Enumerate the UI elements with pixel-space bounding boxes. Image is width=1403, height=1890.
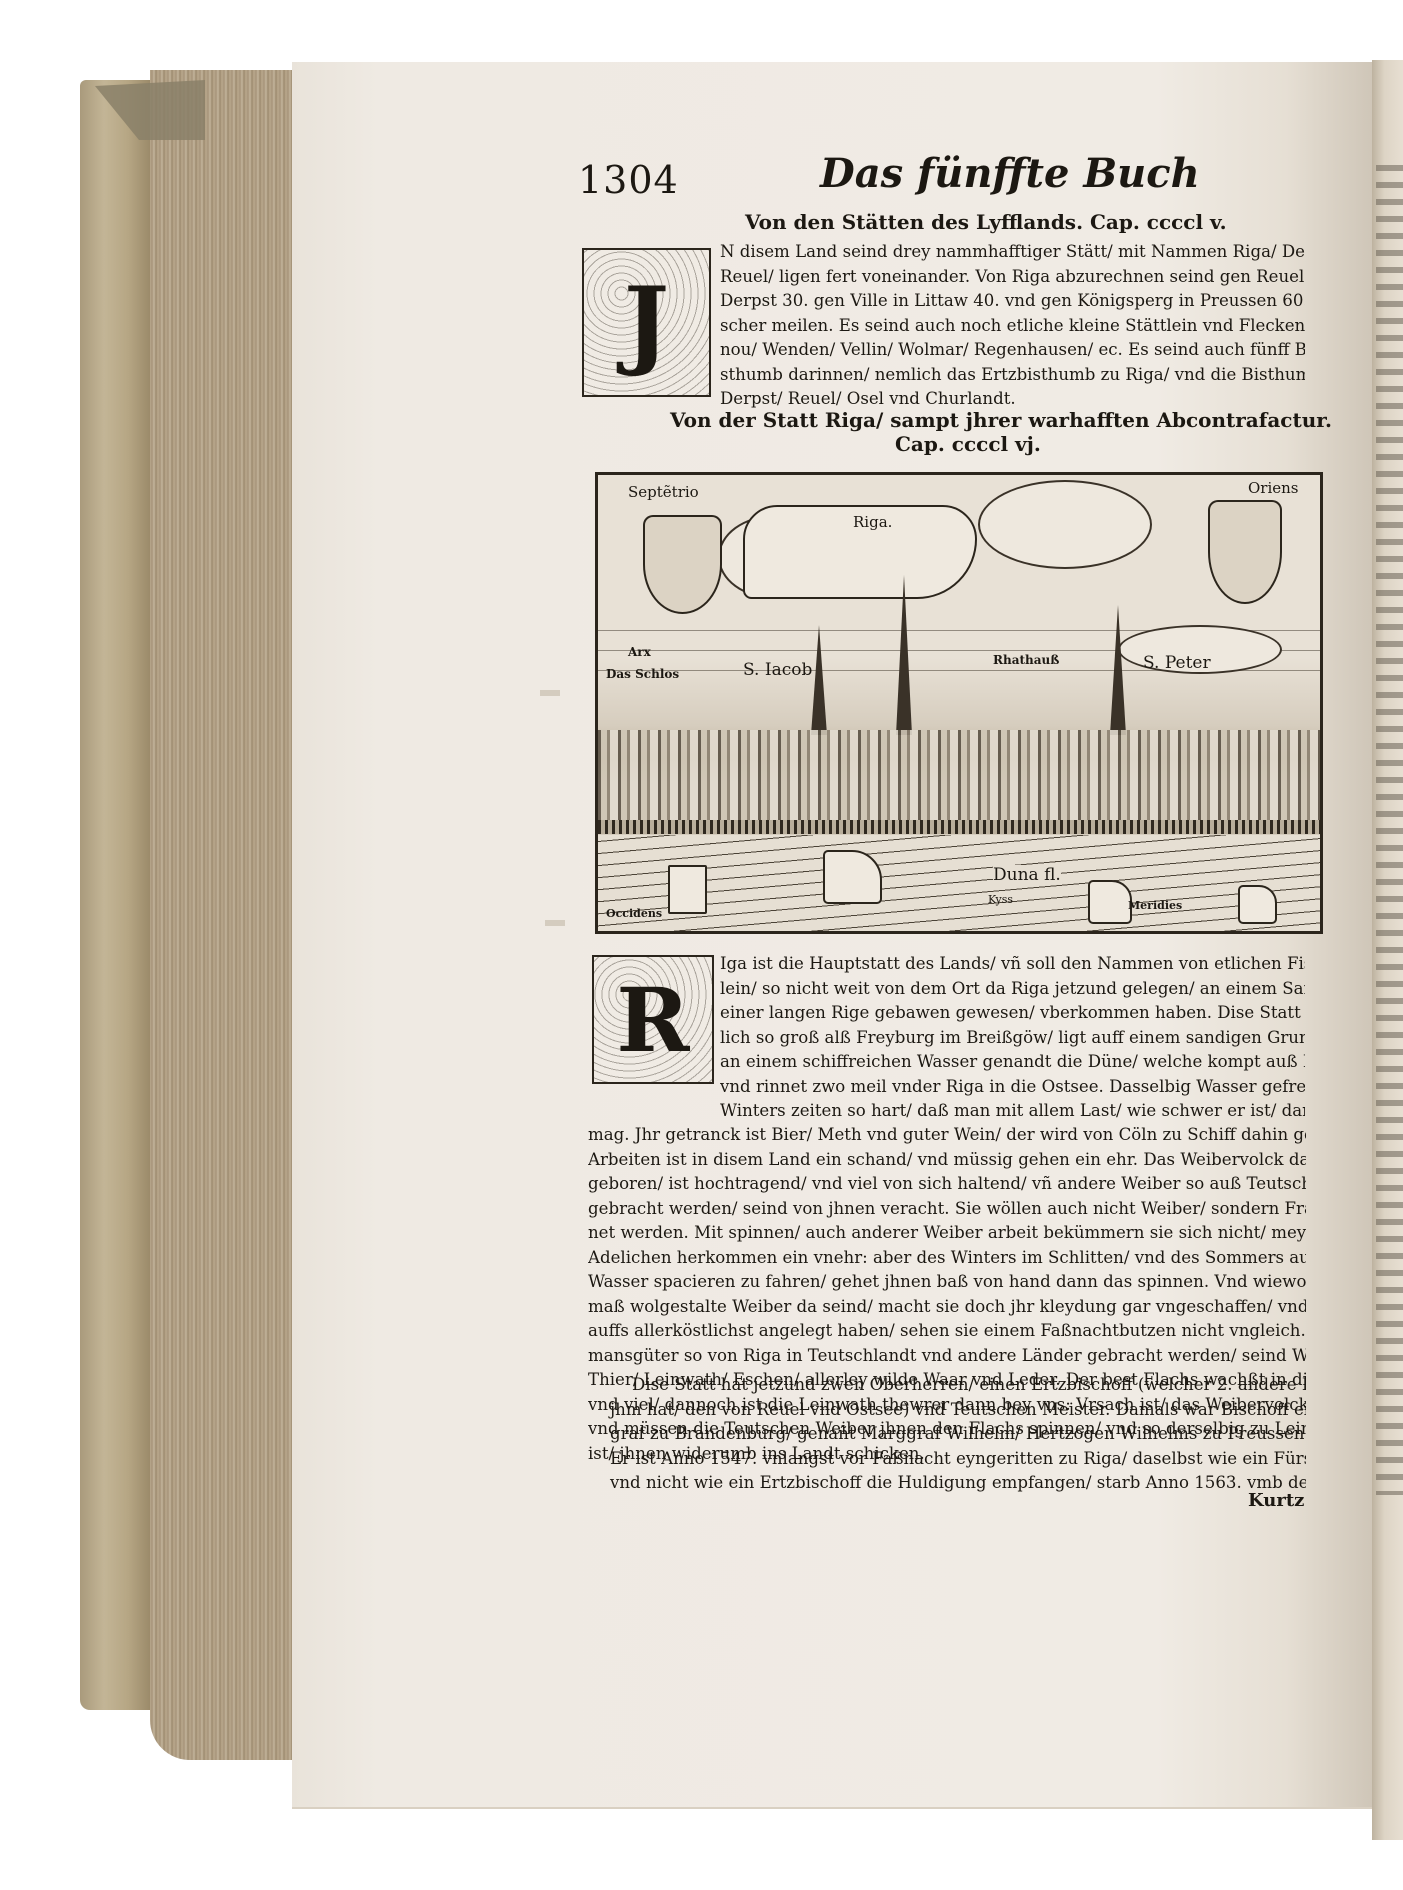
city-skyline [598, 730, 1320, 825]
text-line: mansgüter so von Riga in Teutschlandt vn… [588, 1344, 1306, 1369]
decorated-initial-j: J [582, 248, 711, 397]
chapter-455-text: N disem Land seind drey nammhafftiger St… [720, 240, 1305, 412]
initial-letter: R [616, 968, 689, 1072]
label-duna-river: Duna fl. [993, 865, 1061, 885]
text-line: Adelichen herkommen ein vnehr: aber des … [588, 1246, 1306, 1271]
text-line: sthumb darinnen/ nemlich das Ertzbisthum… [720, 363, 1305, 388]
text-line: Iga ist die Hauptstatt des Lands/ vñ sol… [720, 952, 1305, 977]
page-fore-edge [150, 70, 295, 1760]
text-line: net werden. Mit spinnen/ auch anderer We… [588, 1221, 1306, 1246]
text-line: einer langen Rige gebawen gewesen/ vberk… [720, 1001, 1305, 1026]
text-line: vnd nicht wie ein Ertzbischoff die Huldi… [588, 1471, 1306, 1496]
page-number: 1304 [578, 158, 679, 202]
text-line: an einem schiffreichen Wasser genandt di… [720, 1050, 1305, 1075]
st-jacob-spire [811, 625, 827, 735]
city-gate-coat-of-arms [1208, 500, 1282, 604]
label-s-jacob: S. Iacob [743, 660, 812, 680]
label-north: Septẽtrio [628, 483, 699, 501]
text-line: lein/ so nicht weit von dem Ort da Riga … [720, 977, 1305, 1002]
riga-woodcut-illustration: Septẽtrio Oriens Riga. Arx Das Schlos S.… [595, 472, 1323, 934]
city-palisade [598, 820, 1320, 834]
label-boat: Kyss [988, 893, 1013, 906]
text-line: Er ist Anno 1547. vnlangst vor Faßnacht … [588, 1447, 1306, 1472]
vellum-cover [80, 80, 160, 1710]
sailing-ship [823, 850, 882, 904]
label-riga: Riga. [853, 513, 892, 531]
label-east: Oriens [1248, 479, 1299, 497]
text-line: Arbeiten ist in disem Land ein schand/ v… [588, 1148, 1306, 1173]
label-s-peter: S. Peter [1143, 653, 1211, 673]
chapter-455-heading: Von den Stätten des Lyfflands. Cap. cccc… [745, 210, 1227, 234]
text-line: scher meilen. Es seind auch noch etliche… [720, 314, 1305, 339]
text-line: jhm hat/ den von Reuel vnd Ostsee) vnd T… [588, 1398, 1306, 1423]
catchword: Kurtz [1248, 1490, 1304, 1511]
text-line: N disem Land seind drey nammhafftiger St… [720, 240, 1305, 265]
chapter-456-number: Cap. ccccl vj. [895, 432, 1041, 456]
text-line: gebracht werden/ seind von jhnen veracht… [588, 1197, 1306, 1222]
initial-letter: J [624, 266, 669, 379]
label-south: Meridies [1128, 899, 1182, 912]
running-head: Das fünffte Buch [820, 150, 1200, 197]
cloud [978, 480, 1152, 569]
text-line: geboren/ ist hochtragend/ vnd viel von s… [588, 1172, 1306, 1197]
facing-page-text [1376, 165, 1403, 1495]
text-line: vnd rinnet zwo meil vnder Riga in die Os… [720, 1075, 1305, 1100]
riga-text-paragraph-2: Dise Statt hat jetzund zwen Oberherren/ … [588, 1373, 1306, 1496]
sailing-boat [668, 865, 707, 914]
chapter-456-heading: Von der Statt Riga/ sampt jhrer warhafft… [670, 408, 1332, 432]
st-peter-spire [1110, 605, 1126, 735]
riga-keys-coat-of-arms [643, 515, 722, 614]
text-line: nou/ Wenden/ Vellin/ Wolmar/ Regenhausen… [720, 338, 1305, 363]
label-arx: Arx [628, 645, 651, 659]
text-line: Reuel/ ligen fert voneinander. Von Riga … [720, 265, 1305, 290]
text-line: Winters zeiten so hart/ daß man mit alle… [720, 1099, 1305, 1124]
sailing-ship [1238, 885, 1277, 924]
riga-text-part1: Iga ist die Hauptstatt des Lands/ vñ sol… [720, 952, 1305, 1124]
paper-stain [540, 690, 560, 696]
text-line: mag. Jhr getranck ist Bier/ Meth vnd gut… [588, 1123, 1306, 1148]
decorated-initial-r: R [592, 955, 714, 1084]
text-line: maß wolgestalte Weiber da seind/ macht s… [588, 1295, 1306, 1320]
sailing-ship [1088, 880, 1132, 924]
label-rathaus: Rhathauß [993, 653, 1059, 667]
text-line: Dise Statt hat jetzund zwen Oberherren/ … [588, 1373, 1306, 1398]
text-line: lich so groß alß Freyburg im Breißgöw/ l… [720, 1026, 1305, 1051]
text-line: auffs allerköstlichst angelegt haben/ se… [588, 1319, 1306, 1344]
text-line: Wasser spacieren zu fahren/ gehet jhnen … [588, 1270, 1306, 1295]
text-line: graf zu Brandenburg/ genañt Marggraf Wil… [588, 1422, 1306, 1447]
label-das-schlos: Das Schlos [606, 667, 679, 681]
text-line: Derpst 30. gen Ville in Littaw 40. vnd g… [720, 289, 1305, 314]
paper-stain [545, 920, 565, 926]
label-west: Occidens [606, 907, 662, 920]
cathedral-spire [896, 575, 912, 735]
